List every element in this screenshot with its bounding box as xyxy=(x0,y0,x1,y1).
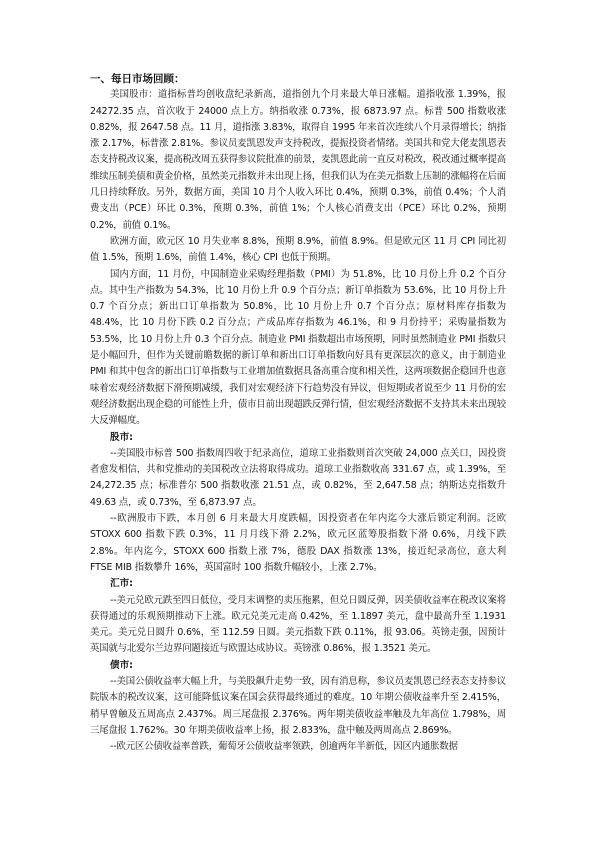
stocks-item-us: --美国股市标普 500 指数周四收于纪录高位，道琼工业指数则首次突破 24,0… xyxy=(90,446,506,511)
europe-paragraph: 欧洲方面，欧元区 10 月失业率 8.8%，预期 8.9%，前值 8.9%。但是… xyxy=(90,234,506,267)
stocks-item-europe: --欧洲股市下跌，本月创 6 月来最大月度跌幅，因投资者在年内迄今大涨后锁定利润… xyxy=(90,511,506,576)
section-heading: 一、每日市场回顾： xyxy=(90,71,506,87)
stocks-subheading: 股市: xyxy=(90,430,506,446)
bonds-item-europe: --欧元区公债收益率普跌，葡萄牙公债收益率领跌，创逾两年半新低，因区内通胀数据 xyxy=(90,739,506,755)
document-page: 一、每日市场回顾： 美国股市：道指标普均创收盘纪录新高，道指创九个月来最大单日涨… xyxy=(90,71,506,755)
domestic-paragraph: 国内方面，11 月份，中国制造业采购经理指数（PMI）为 51.8%，比 10 … xyxy=(90,267,506,430)
us-market-paragraph: 美国股市：道指标普均创收盘纪录新高，道指创九个月来最大单日涨幅。道指收涨 1.3… xyxy=(90,87,506,234)
bonds-item-us: --美国公债收益率大幅上升，与美股飙升走势一致，因有消息称，参议员麦凯恩已经表态… xyxy=(90,674,506,739)
fx-subheading: 汇市: xyxy=(90,576,506,592)
fx-item: --美元兑欧元跌至四日低位，受月末调整的卖压拖累，但兑日圆反弹，因美债收益率在税… xyxy=(90,593,506,658)
bonds-subheading: 债市: xyxy=(90,658,506,674)
